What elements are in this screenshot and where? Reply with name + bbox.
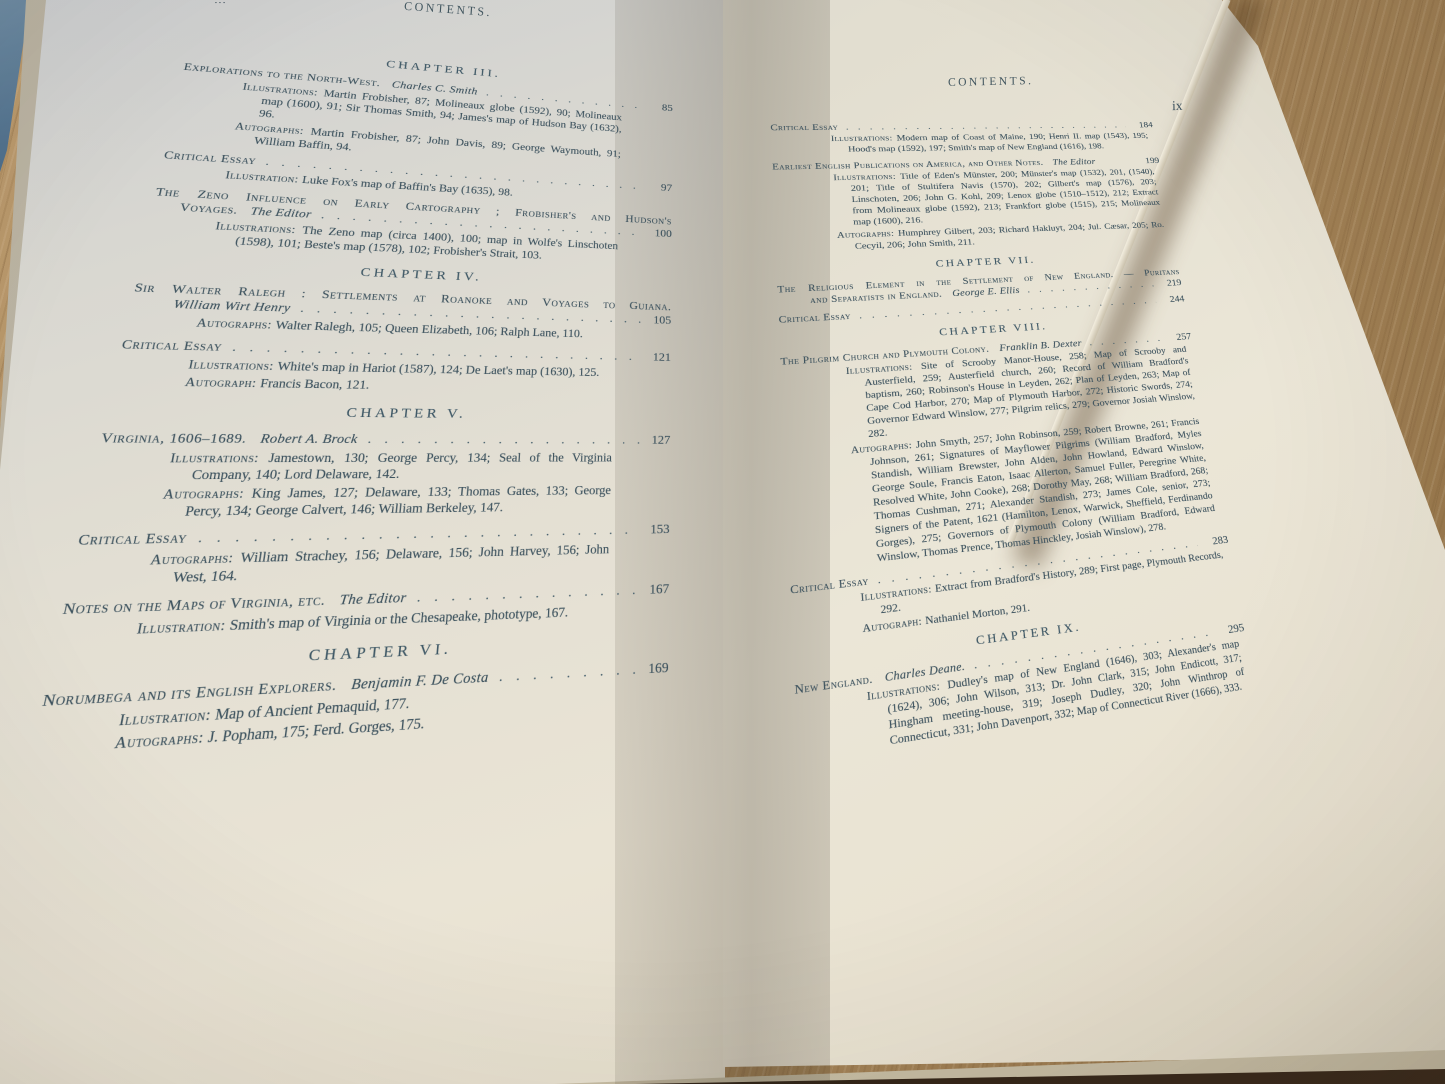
entry-sub-item: Illustrations: Jamestown, 130; George Pe…	[91, 449, 612, 483]
dot-leader: ........................................…	[499, 660, 636, 685]
entry-author: William Wirt Henry	[172, 297, 291, 314]
toc-entry: Critical Essay..........................…	[68, 521, 670, 589]
sub-label: Illustrations:	[846, 361, 922, 376]
entry-page-number: 105	[645, 313, 671, 327]
entry-page-number: 244	[1158, 293, 1186, 305]
entry-page-number: 169	[639, 660, 668, 679]
entry-sub-item: Autographs: King James, 127; Delaware, 1…	[83, 482, 611, 521]
entry-page-number: 85	[649, 101, 673, 114]
entry-page-number: 97	[648, 181, 672, 195]
entry-head-text: Critical Essay	[120, 336, 223, 354]
sub-label: Autographs:	[837, 229, 899, 240]
right-page-header: CONTENTS.	[948, 75, 1034, 89]
toc-entry: The Pilgrim Church and Plymouth Colony.F…	[780, 330, 1226, 575]
toc-entry: Notes on the Maps of Virginia, etc.The E…	[56, 580, 669, 641]
sub-label: Illustration:	[118, 706, 217, 729]
entry-sub-item: Illustrations: Modern map of Coast of Ma…	[771, 131, 1151, 156]
left-folio-cropped: viii	[208, 0, 227, 4]
entry-head-text: Critical Essay	[778, 310, 851, 326]
entry-page-number: 100	[647, 227, 672, 241]
entry-author: George E. Ellis	[952, 285, 1021, 298]
entry-page-number: 283	[1199, 533, 1229, 549]
toc-entry: Critical Essay..........................…	[770, 120, 1157, 156]
sub-label: Illustrations:	[214, 219, 303, 236]
entry-title: Critical Essay	[77, 530, 189, 548]
toc-entry: Virginia, 1606–1689.Robert A. Brock.....…	[83, 430, 671, 522]
dot-leader: ........................................…	[367, 431, 640, 447]
sub-label: Illustrations:	[187, 357, 278, 372]
entry-title: Voyages.	[179, 201, 239, 216]
entry-author: Robert A. Brock	[260, 431, 359, 446]
entry-page-number: 153	[642, 522, 670, 538]
entry-head-text: Critical Essay	[770, 122, 838, 133]
sub-label: Illustration:	[136, 617, 232, 637]
sub-label: Illustration:	[224, 169, 303, 186]
entry-page-number: 199	[1134, 155, 1160, 166]
toc-entry: Sir Walter Ralegh : Settlements at Roano…	[126, 280, 672, 343]
entry-head-text: Virginia, 1606–1689.Robert A. Brock	[99, 430, 358, 447]
entry-head-text: William Wirt Henry	[158, 296, 292, 315]
entry-page-number: 184	[1128, 120, 1154, 130]
toc-entry: Critical Essay..........................…	[112, 336, 671, 396]
chapter-heading: CHAPTER V.	[105, 403, 670, 424]
sub-label: Autograph:	[184, 375, 262, 390]
entry-title: Critical Essay	[121, 337, 224, 353]
entry-head-text: Critical Essay	[77, 529, 189, 549]
entry-page-number: 121	[645, 350, 671, 365]
entry-author: The Editor	[1052, 157, 1096, 167]
entry-title: Critical Essay	[770, 122, 838, 132]
entry-page-number: 127	[643, 433, 670, 448]
sub-label: Autographs:	[196, 316, 277, 332]
entry-author: The Editor	[339, 590, 407, 608]
sub-label: Autographs:	[162, 486, 253, 502]
sub-label: Autographs:	[851, 439, 917, 455]
book-photo: CHAPTER III.Explorations to the North-We…	[0, 0, 1445, 1084]
right-folio: ix	[1172, 98, 1183, 114]
sub-label: Illustrations:	[833, 172, 900, 182]
entry-title: Virginia, 1606–1689.	[100, 431, 248, 446]
left-folio-text: viii	[208, 0, 227, 4]
entry-page-number: 219	[1155, 277, 1182, 289]
sub-label: Illustrations:	[169, 450, 270, 465]
entry-author: Benjamin F. De Costa	[350, 669, 489, 693]
toc-entry: Earliest English Publications on America…	[772, 155, 1174, 255]
entry-page-number: 295	[1215, 620, 1245, 638]
entry-author: The Editor	[250, 205, 313, 220]
entry-page-number: 257	[1164, 330, 1192, 343]
sub-label: Autographs:	[149, 550, 242, 568]
entry-page-number: 167	[641, 581, 670, 599]
sub-label: Illustrations:	[831, 134, 897, 143]
entry-head-line: Virginia, 1606–1689.Robert A. Brock.....…	[99, 430, 670, 449]
entry-title: Critical Essay	[778, 310, 851, 325]
